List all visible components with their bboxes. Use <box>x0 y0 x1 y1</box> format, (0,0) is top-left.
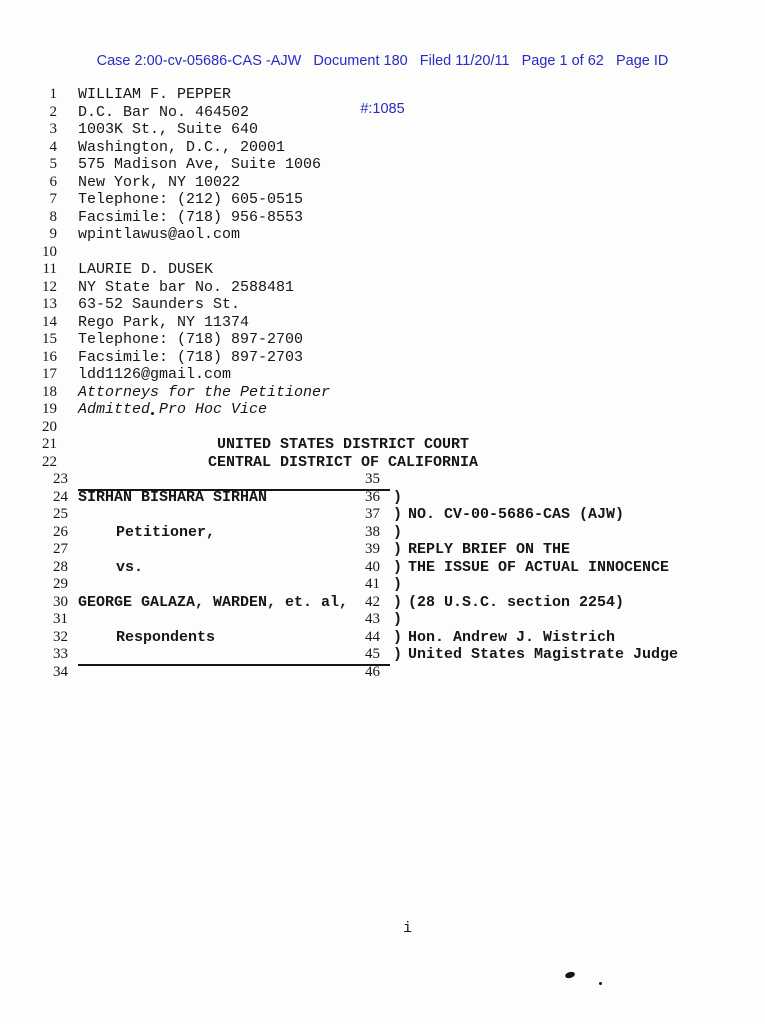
line-number: 34 <box>0 664 68 682</box>
caption-line-26: 26Petitioner,38) <box>0 524 765 542</box>
line-number: 16 <box>0 349 57 367</box>
line-number: 31 <box>0 611 68 629</box>
page-number: i <box>403 920 412 937</box>
caption-paren: ) <box>390 629 405 647</box>
line-number-secondary: 43 <box>356 611 380 629</box>
caption-party-text <box>78 506 356 524</box>
caption-right-text: Hon. Andrew J. Wistrich <box>408 629 615 647</box>
line-number: 26 <box>0 524 68 542</box>
line-text: ldd1126@gmail.com <box>78 366 231 384</box>
caption-party-text: SIRHAN BISHARA SIRHAN <box>78 489 356 507</box>
ink-speck <box>564 971 575 979</box>
line-number: 10 <box>0 244 57 262</box>
caption-box-column: SIRHAN BISHARA SIRHAN36 <box>78 489 390 507</box>
line-number: 8 <box>0 209 57 227</box>
pleading-line-3: 31003K St., Suite 640 <box>0 121 765 139</box>
caption-paren: ) <box>390 489 405 507</box>
line-number: 24 <box>0 489 68 507</box>
line-text: WILLIAM F. PEPPER <box>78 86 231 104</box>
scanned-court-document-page: Case 2:00-cv-05686-CAS -AJW Document 180… <box>0 0 765 1024</box>
line-number: 32 <box>0 629 68 647</box>
pleading-line-4: 4Washington, D.C., 20001 <box>0 139 765 157</box>
caption-box-column: vs.40 <box>78 559 390 577</box>
line-number: 15 <box>0 331 57 349</box>
caption-line-25: 2537)NO. CV-00-5686-CAS (AJW) <box>0 506 765 524</box>
line-number-secondary: 45 <box>356 646 380 664</box>
line-text: CENTRAL DISTRICT OF CALIFORNIA <box>78 454 608 472</box>
caption-party-text: Petitioner, <box>78 524 356 542</box>
pleading-line-10: 10 <box>0 244 765 262</box>
line-text: LAURIE D. DUSEK <box>78 261 213 279</box>
line-text: NY State bar No. 2588481 <box>78 279 294 297</box>
pleading-line-16: 16Facsimile: (718) 897-2703 <box>0 349 765 367</box>
pleading-body: 1WILLIAM F. PEPPER2D.C. Bar No. 46450231… <box>0 86 765 681</box>
caption-right-text: THE ISSUE OF ACTUAL INNOCENCE <box>408 559 669 577</box>
line-number-secondary: 46 <box>356 664 380 682</box>
line-number: 25 <box>0 506 68 524</box>
ink-speck <box>151 412 154 415</box>
caption-box-column: 41 <box>78 576 390 594</box>
line-number-secondary: 40 <box>356 559 380 577</box>
caption-box-column: 46 <box>78 664 390 682</box>
line-text: Facsimile: (718) 897-2703 <box>78 349 303 367</box>
line-number-secondary: 41 <box>356 576 380 594</box>
line-text: 63-52 Saunders St. <box>78 296 240 314</box>
line-number: 12 <box>0 279 57 297</box>
line-text: D.C. Bar No. 464502 <box>78 104 249 122</box>
line-number: 28 <box>0 559 68 577</box>
caption-line-27: 2739)REPLY BRIEF ON THE <box>0 541 765 559</box>
line-number-secondary: 38 <box>356 524 380 542</box>
line-number-secondary: 44 <box>356 629 380 647</box>
caption-paren: ) <box>390 524 405 542</box>
line-number-secondary: 42 <box>356 594 380 612</box>
pleading-line-21: 21UNITED STATES DISTRICT COURT <box>0 436 765 454</box>
pleading-line-11: 11LAURIE D. DUSEK <box>0 261 765 279</box>
pleading-line-8: 8Facsimile: (718) 956-8553 <box>0 209 765 227</box>
pleading-line-13: 1363-52 Saunders St. <box>0 296 765 314</box>
caption-line-24: 24SIRHAN BISHARA SIRHAN36) <box>0 489 765 507</box>
caption-party-text <box>78 471 356 489</box>
line-number: 9 <box>0 226 57 244</box>
line-number: 19 <box>0 401 57 419</box>
pleading-line-20: 20 <box>0 419 765 437</box>
line-number: 23 <box>0 471 68 489</box>
line-number: 11 <box>0 261 57 279</box>
pleading-line-1: 1WILLIAM F. PEPPER <box>0 86 765 104</box>
line-number: 29 <box>0 576 68 594</box>
line-text: Telephone: (212) 605-0515 <box>78 191 303 209</box>
caption-line-34: 3446 <box>0 664 765 682</box>
caption-party-text <box>78 611 356 629</box>
caption-paren: ) <box>390 646 405 664</box>
line-number: 1 <box>0 86 57 104</box>
caption-right-text: United States Magistrate Judge <box>408 646 678 664</box>
caption-paren: ) <box>390 611 405 629</box>
line-text: UNITED STATES DISTRICT COURT <box>78 436 608 454</box>
line-number: 17 <box>0 366 57 384</box>
caption-paren: ) <box>390 576 405 594</box>
line-text: 1003K St., Suite 640 <box>78 121 258 139</box>
caption-party-text <box>78 576 356 594</box>
line-text: wpintlawus@aol.com <box>78 226 240 244</box>
line-text: New York, NY 10022 <box>78 174 240 192</box>
line-text: 575 Madison Ave, Suite 1006 <box>78 156 321 174</box>
caption-line-29: 2941) <box>0 576 765 594</box>
line-text: Facsimile: (718) 956-8553 <box>78 209 303 227</box>
caption-party-text: Respondents <box>78 629 356 647</box>
caption-right-text: (28 U.S.C. section 2254) <box>408 594 624 612</box>
pleading-line-6: 6New York, NY 10022 <box>0 174 765 192</box>
pleading-line-15: 15Telephone: (718) 897-2700 <box>0 331 765 349</box>
line-number-secondary: 35 <box>356 471 380 489</box>
caption-box-column: 43 <box>78 611 390 629</box>
caption-line-31: 3143) <box>0 611 765 629</box>
caption-line-28: 28vs.40)THE ISSUE OF ACTUAL INNOCENCE <box>0 559 765 577</box>
pleading-line-2: 2D.C. Bar No. 464502 <box>0 104 765 122</box>
caption-paren: ) <box>390 594 405 612</box>
line-number: 3 <box>0 121 57 139</box>
line-text: Telephone: (718) 897-2700 <box>78 331 303 349</box>
line-number: 5 <box>0 156 57 174</box>
line-number-secondary: 39 <box>356 541 380 559</box>
caption-line-32: 32Respondents44)Hon. Andrew J. Wistrich <box>0 629 765 647</box>
line-number: 27 <box>0 541 68 559</box>
line-text: Attorneys for the Petitioner <box>78 384 330 402</box>
caption-paren: ) <box>390 559 405 577</box>
pleading-line-5: 5575 Madison Ave, Suite 1006 <box>0 156 765 174</box>
line-number: 20 <box>0 419 57 437</box>
caption-box-column: 37 <box>78 506 390 524</box>
caption-party-text: vs. <box>78 559 356 577</box>
line-number: 33 <box>0 646 68 664</box>
pleading-line-19: 19Admitted Pro Hoc Vice <box>0 401 765 419</box>
caption-party-text <box>78 646 356 664</box>
pleading-line-9: 9wpintlawus@aol.com <box>0 226 765 244</box>
pleading-line-14: 14Rego Park, NY 11374 <box>0 314 765 332</box>
line-number: 30 <box>0 594 68 612</box>
caption-box-column: Respondents44 <box>78 629 390 647</box>
line-number: 21 <box>0 436 57 454</box>
pleading-line-18: 18Attorneys for the Petitioner <box>0 384 765 402</box>
line-number: 6 <box>0 174 57 192</box>
caption-party-text <box>78 664 356 682</box>
line-number: 18 <box>0 384 57 402</box>
caption-line-30: 30GEORGE GALAZA, WARDEN, et. al,42)(28 U… <box>0 594 765 612</box>
line-number-secondary: 36 <box>356 489 380 507</box>
pleading-line-7: 7Telephone: (212) 605-0515 <box>0 191 765 209</box>
pleading-line-12: 12NY State bar No. 2588481 <box>0 279 765 297</box>
line-text: Washington, D.C., 20001 <box>78 139 285 157</box>
caption-box-column: Petitioner,38 <box>78 524 390 542</box>
caption-box-column: GEORGE GALAZA, WARDEN, et. al,42 <box>78 594 390 612</box>
caption-right-text: NO. CV-00-5686-CAS (AJW) <box>408 506 624 524</box>
line-text: Admitted Pro Hoc Vice <box>78 401 267 419</box>
caption-party-text: GEORGE GALAZA, WARDEN, et. al, <box>78 594 356 612</box>
line-number: 13 <box>0 296 57 314</box>
caption-paren: ) <box>390 541 405 559</box>
ink-speck <box>599 982 602 985</box>
line-number: 14 <box>0 314 57 332</box>
caption-paren: ) <box>390 506 405 524</box>
line-number: 7 <box>0 191 57 209</box>
pleading-line-17: 17ldd1126@gmail.com <box>0 366 765 384</box>
caption-party-text <box>78 541 356 559</box>
line-number: 4 <box>0 139 57 157</box>
caption-right-text: REPLY BRIEF ON THE <box>408 541 570 559</box>
line-number: 22 <box>0 454 57 472</box>
line-text: Rego Park, NY 11374 <box>78 314 249 332</box>
caption-box-column: 39 <box>78 541 390 559</box>
caption-line-23: 2335 <box>0 471 765 489</box>
case-header-line1: Case 2:00-cv-05686-CAS -AJW Document 180… <box>0 53 765 69</box>
line-number: 2 <box>0 104 57 122</box>
pleading-line-22: 22CENTRAL DISTRICT OF CALIFORNIA <box>0 454 765 472</box>
caption-line-33: 3345)United States Magistrate Judge <box>0 646 765 664</box>
line-number-secondary: 37 <box>356 506 380 524</box>
